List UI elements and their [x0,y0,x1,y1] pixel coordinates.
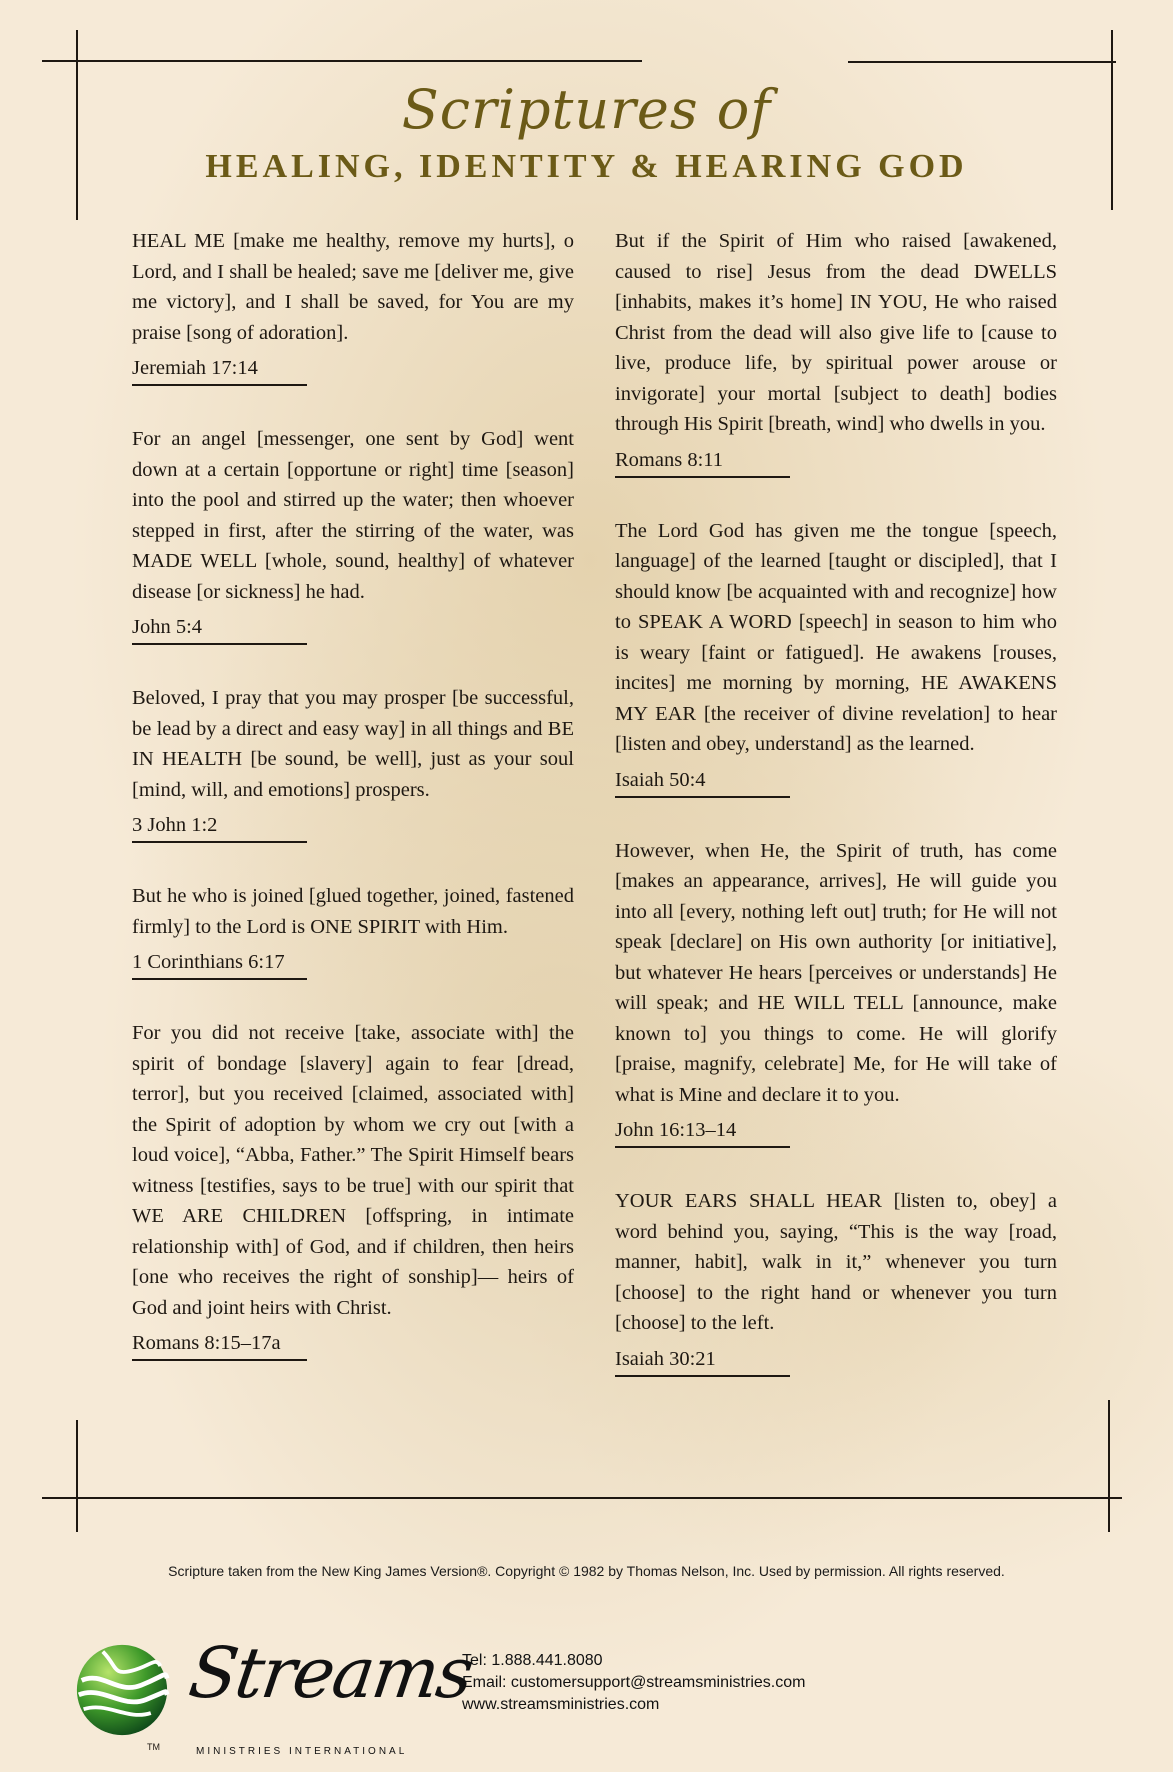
scripture-text: The Lord God has given me the tongue [sp… [615,516,1057,760]
scripture-reference: 3 John 1:2 [132,811,307,843]
scripture-text: But if the Spirit of Him who raised [awa… [615,226,1057,440]
scripture-block: But if the Spirit of Him who raised [awa… [615,226,1057,478]
scripture-block: HEAL ME [make me healthy, remove my hurt… [132,226,574,386]
scripture-reference: Isaiah 30:21 [615,1345,790,1377]
frame-rule-top-right [848,61,1116,63]
contact-website[interactable]: www.streamsministries.com [462,1694,805,1716]
scripture-text: For an angel [messenger, one sent by God… [132,424,574,607]
contact-phone: Tel: 1.888.441.8080 [462,1650,805,1672]
copyright-notice: Scripture taken from the New King James … [0,1563,1173,1579]
scripture-reference: John 16:13–14 [615,1116,790,1148]
streams-globe-icon [74,1642,170,1738]
scripture-reference: Isaiah 50:4 [615,766,790,798]
trademark-mark: TM [147,1742,160,1752]
scripture-text: For you did not receive [take, associate… [132,1018,574,1323]
brand-name: Streams [184,1632,477,1714]
scripture-reference: John 5:4 [132,613,307,645]
scripture-block: But he who is joined [glued together, jo… [132,881,574,980]
scripture-reference: Romans 8:11 [615,446,790,478]
scripture-text: Beloved, I pray that you may prosper [be… [132,683,574,805]
scripture-block: Beloved, I pray that you may prosper [be… [132,683,574,843]
frame-rule-top-left [42,60,642,62]
contact-email[interactable]: Email: customersupport@streamsministries… [462,1672,805,1694]
scripture-text: YOUR EARS SHALL HEAR [listen to, obey] a… [615,1186,1057,1339]
scripture-block: The Lord God has given me the tongue [sp… [615,516,1057,798]
scripture-text: HEAL ME [make me healthy, remove my hurt… [132,226,574,348]
frame-rule-right-bottom [1108,1400,1110,1532]
scripture-block: However, when He, the Spirit of truth, h… [615,836,1057,1149]
scripture-text: But he who is joined [glued together, jo… [132,881,574,942]
scripture-reference: Romans 8:15–17a [132,1329,307,1361]
script-title: Scriptures of [0,78,1173,141]
page-title: HEALING, IDENTITY & HEARING GOD [0,148,1173,186]
scripture-reference: Jeremiah 17:14 [132,354,307,386]
brand-subtitle: MINISTRIES INTERNATIONAL [196,1746,407,1757]
right-column: But if the Spirit of Him who raised [awa… [615,226,1057,1415]
contact-info: Tel: 1.888.441.8080 Email: customersuppo… [462,1650,805,1716]
scripture-block: YOUR EARS SHALL HEAR [listen to, obey] a… [615,1186,1057,1377]
left-column: HEAL ME [make me healthy, remove my hurt… [132,226,574,1399]
scripture-reference: 1 Corinthians 6:17 [132,948,307,980]
frame-rule-left-bottom [76,1420,78,1532]
scripture-text: However, when He, the Spirit of truth, h… [615,836,1057,1111]
scripture-block: For an angel [messenger, one sent by God… [132,424,574,645]
frame-rule-bottom [42,1497,1122,1499]
scripture-block: For you did not receive [take, associate… [132,1018,574,1361]
